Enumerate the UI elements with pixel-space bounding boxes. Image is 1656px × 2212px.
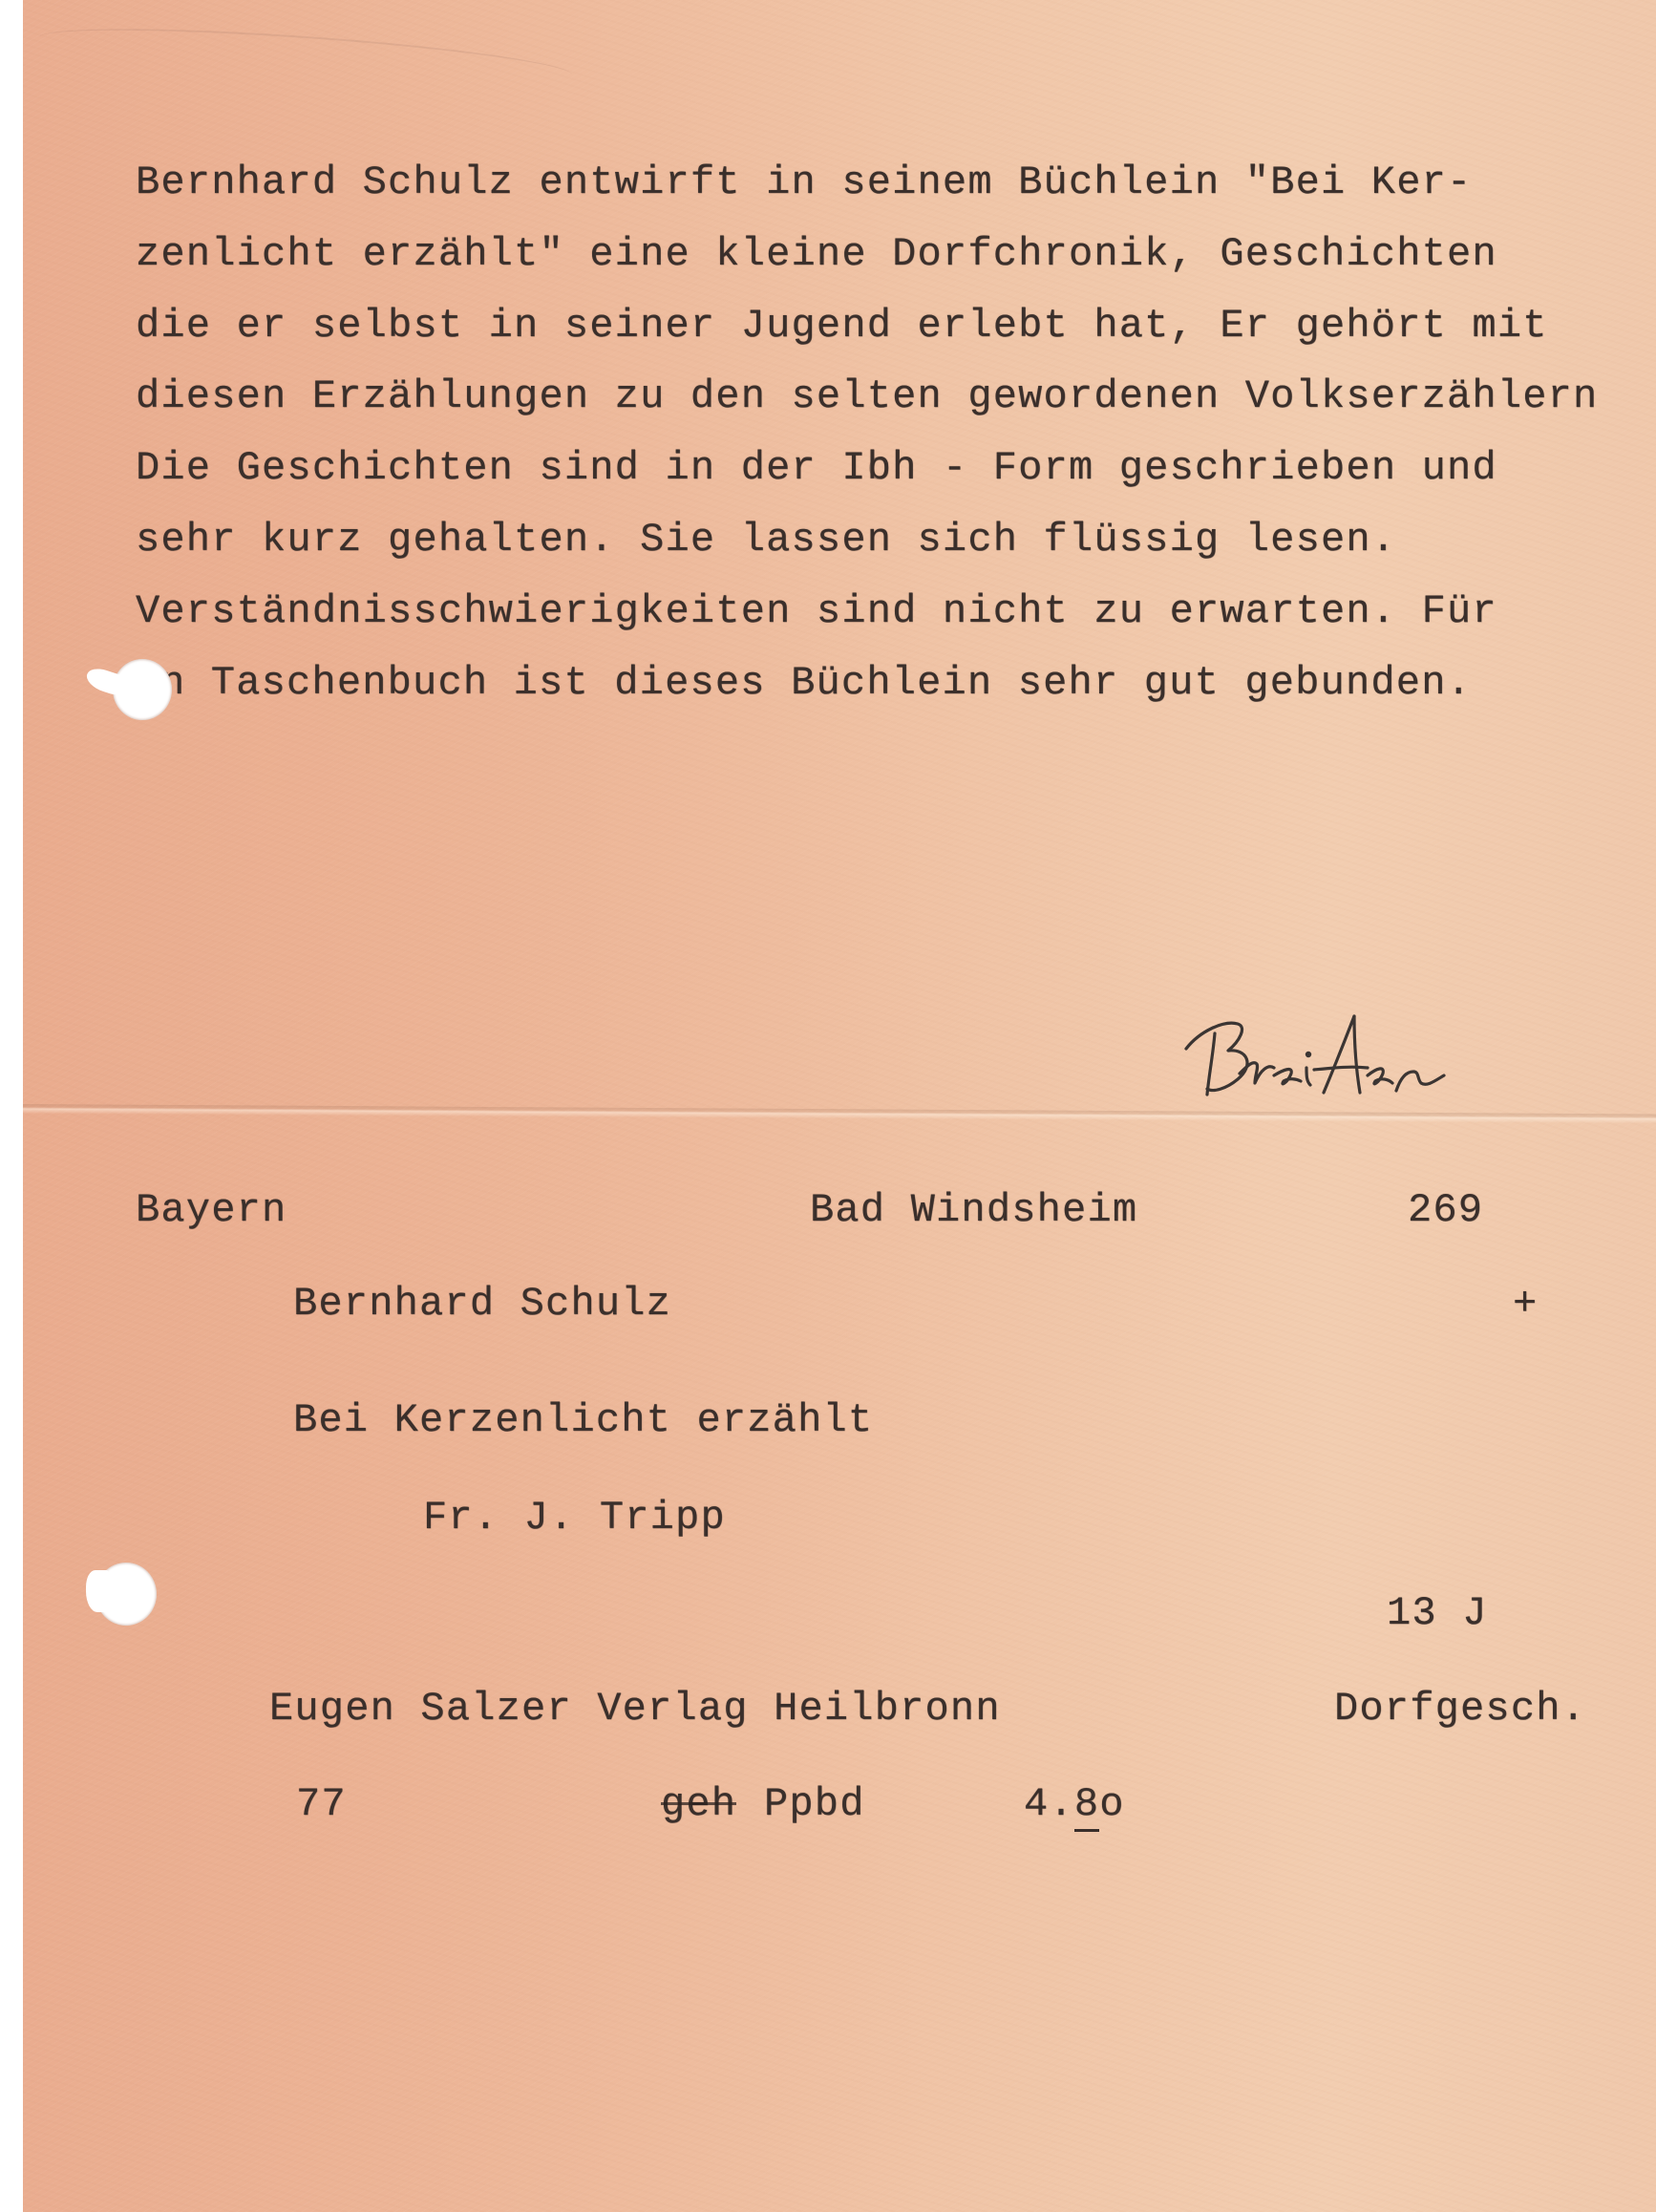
card-price: 4.8o bbox=[1024, 1784, 1125, 1824]
overtyped-intended: ch bbox=[867, 448, 918, 488]
review-line-7: Verständnisschwierigkeiten sind nicht zu… bbox=[136, 591, 1497, 631]
review-line-3: die er selbst in seiner Jugend erlebt ha… bbox=[136, 306, 1548, 346]
price-suffix: o bbox=[1099, 1781, 1124, 1827]
card-region: Bayern bbox=[136, 1190, 287, 1230]
card-binding: Ppbd bbox=[764, 1784, 865, 1824]
struck-text: geh bbox=[661, 1784, 736, 1824]
card-pages: 77 bbox=[296, 1784, 347, 1824]
price-prefix: 4. bbox=[1024, 1781, 1074, 1827]
card-illustrator: Fr. J. Tripp bbox=[423, 1498, 726, 1538]
card-author: Bernhard Schulz bbox=[293, 1284, 671, 1324]
card-age: 13 J bbox=[1387, 1593, 1488, 1633]
card-publisher: Eugen Salzer Verlag Heilbronn bbox=[269, 1689, 1001, 1729]
review-line-5: Die Geschichten sind in der Ibhch - Form… bbox=[136, 448, 1497, 488]
review-line-1: Bernhard Schulz entwirft in seinem Büchl… bbox=[136, 162, 1472, 202]
review-line-6: sehr kurz gehalten. Sie lassen sich flüs… bbox=[136, 520, 1396, 560]
card-place: Bad Windsheim bbox=[810, 1190, 1137, 1230]
review-line-4: diesen Erzählungen zu den selten geworde… bbox=[136, 376, 1598, 416]
review-line-8: n Taschenbuch ist dieses Büchlein sehr g… bbox=[160, 663, 1472, 703]
card-genre: Dorfgesch. bbox=[1334, 1689, 1586, 1729]
card-binding-struck: geh bbox=[661, 1784, 736, 1824]
overtyped-correction: bhch bbox=[867, 448, 918, 488]
card-marker: + bbox=[1513, 1284, 1538, 1324]
review-line-5-start: Die Geschichten sind in der I bbox=[136, 445, 867, 491]
price-underlined-digit: 8 bbox=[1074, 1781, 1099, 1832]
review-line-2: zenlicht erzählt" eine kleine Dorfchroni… bbox=[136, 234, 1497, 274]
review-line-5-end: - Form geschrieben und bbox=[918, 445, 1497, 491]
punch-hole bbox=[96, 1563, 157, 1626]
card-title: Bei Kerzenlicht erzählt bbox=[293, 1400, 873, 1440]
punch-hole bbox=[113, 659, 172, 720]
signature-breiter bbox=[1180, 1012, 1457, 1117]
card-number: 269 bbox=[1408, 1190, 1483, 1230]
